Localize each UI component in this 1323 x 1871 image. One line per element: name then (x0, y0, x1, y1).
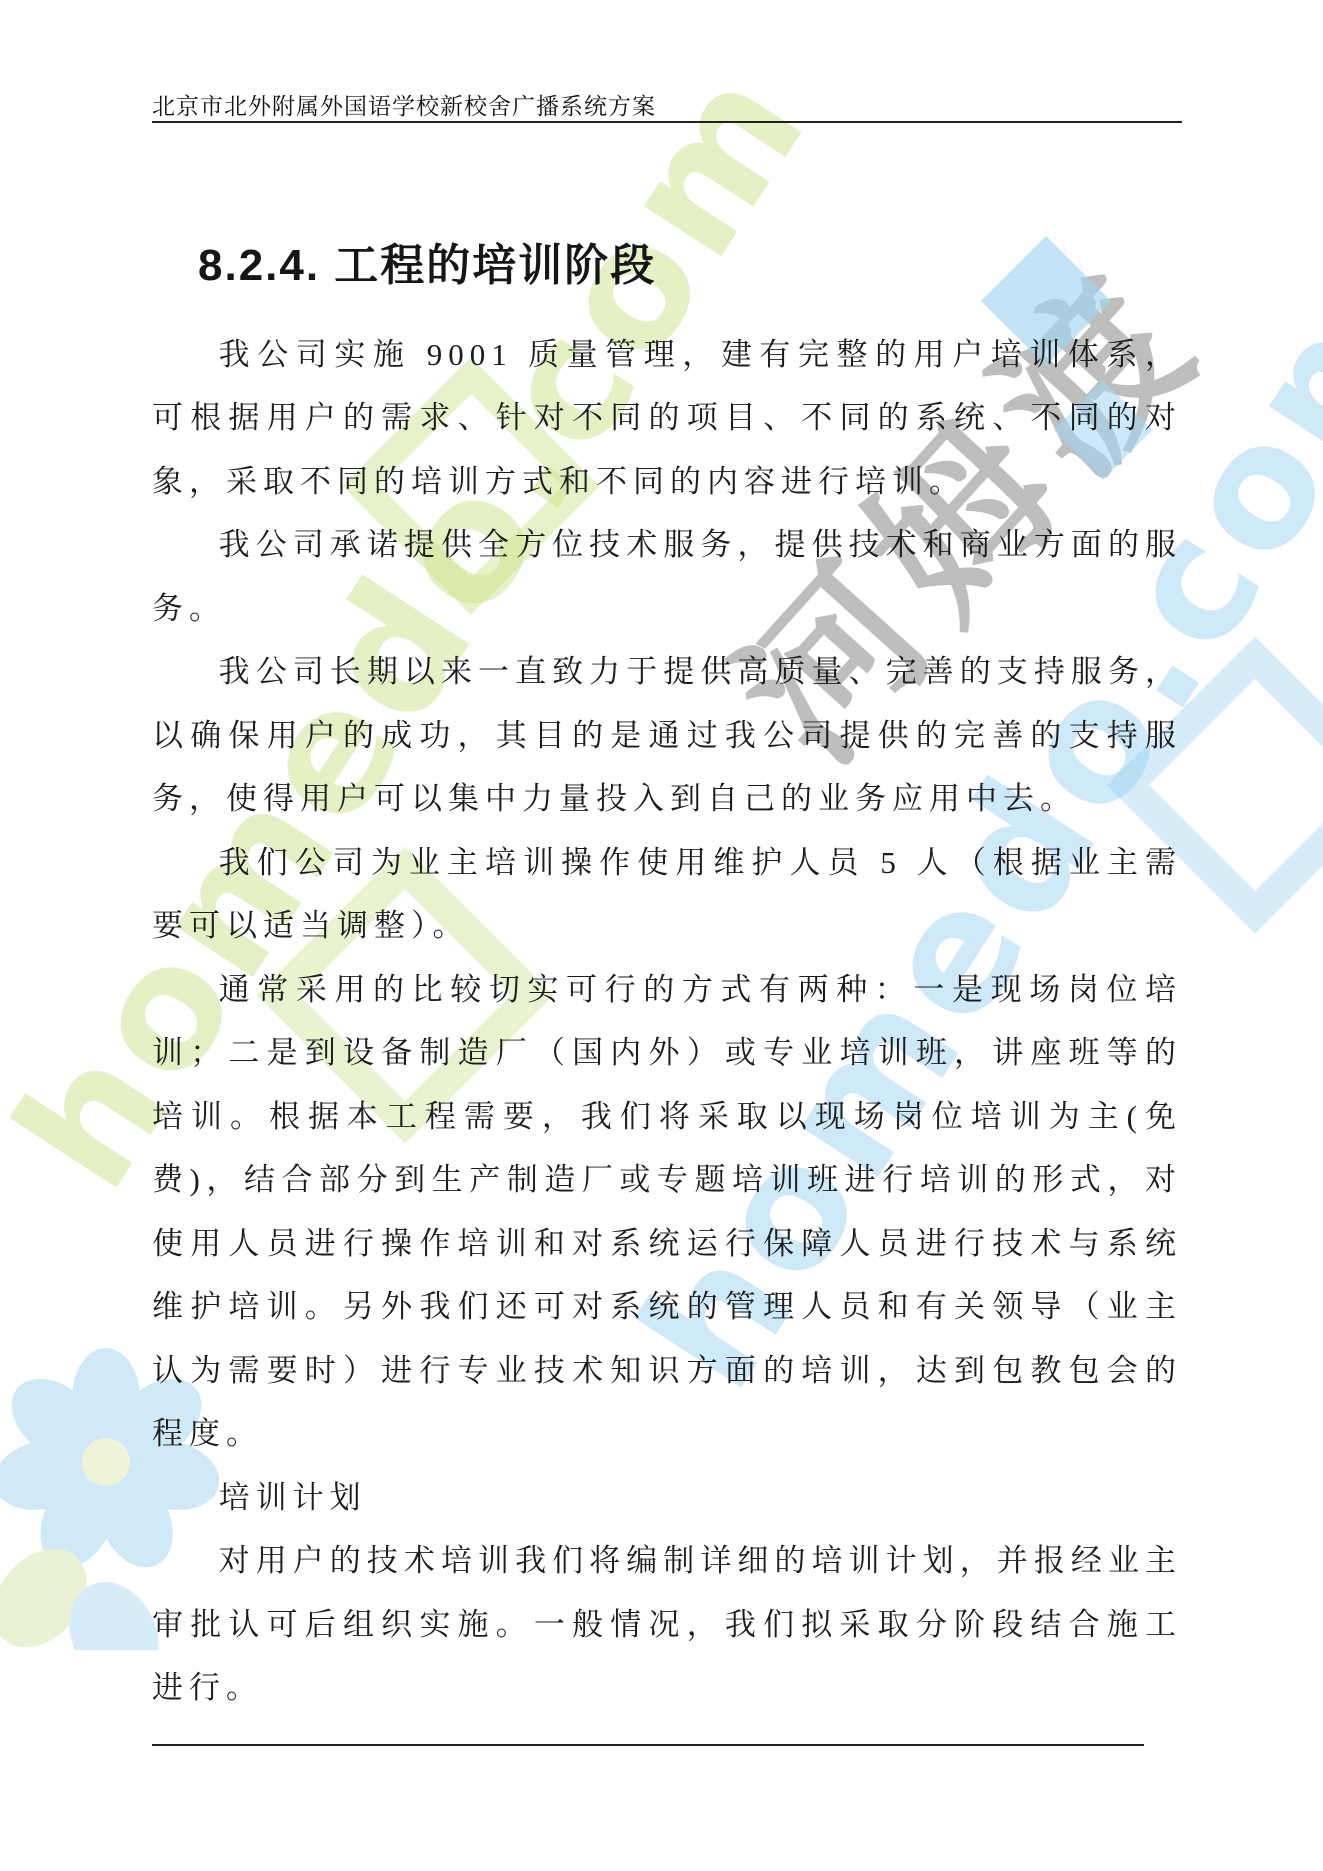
paragraph: 通常采用的比较切实可行的方式有两种：一是现场岗位培训；二是到设备制造厂（国内外）… (152, 958, 1182, 1466)
footer-rule (152, 1744, 1144, 1746)
paragraph: 我们公司为业主培训操作使用维护人员 5 人（根据业主需要可以适当调整）。 (152, 831, 1182, 958)
section-heading: 8.2.4. 工程的培训阶段 (152, 240, 1182, 293)
paragraph: 我公司长期以来一直致力于提供高质量、完善的支持服务，以确保用户的成功，其目的是通… (152, 640, 1182, 831)
document-body: 8.2.4. 工程的培训阶段 我公司实施 9001 质量管理，建有完整的用户培训… (152, 240, 1182, 1720)
paragraph-subheading: 培训计划 (152, 1466, 1182, 1530)
document-page: homedo.com homedo.com 河姆渡 北京市北外附属外国语学校新校… (0, 0, 1323, 1871)
header-rule (152, 121, 1182, 123)
paragraph: 我公司承诺提供全方位技术服务，提供技术和商业方面的服务。 (152, 513, 1182, 640)
paragraph: 对用户的技术培训我们将编制详细的培训计划，并报经业主审批认可后组织实施。一般情况… (152, 1529, 1182, 1720)
page-header-title: 北京市北外附属外国语学校新校舍广播系统方案 (152, 88, 1182, 121)
paragraph: 我公司实施 9001 质量管理，建有完整的用户培训体系，可根据用户的需求、针对不… (152, 323, 1182, 514)
